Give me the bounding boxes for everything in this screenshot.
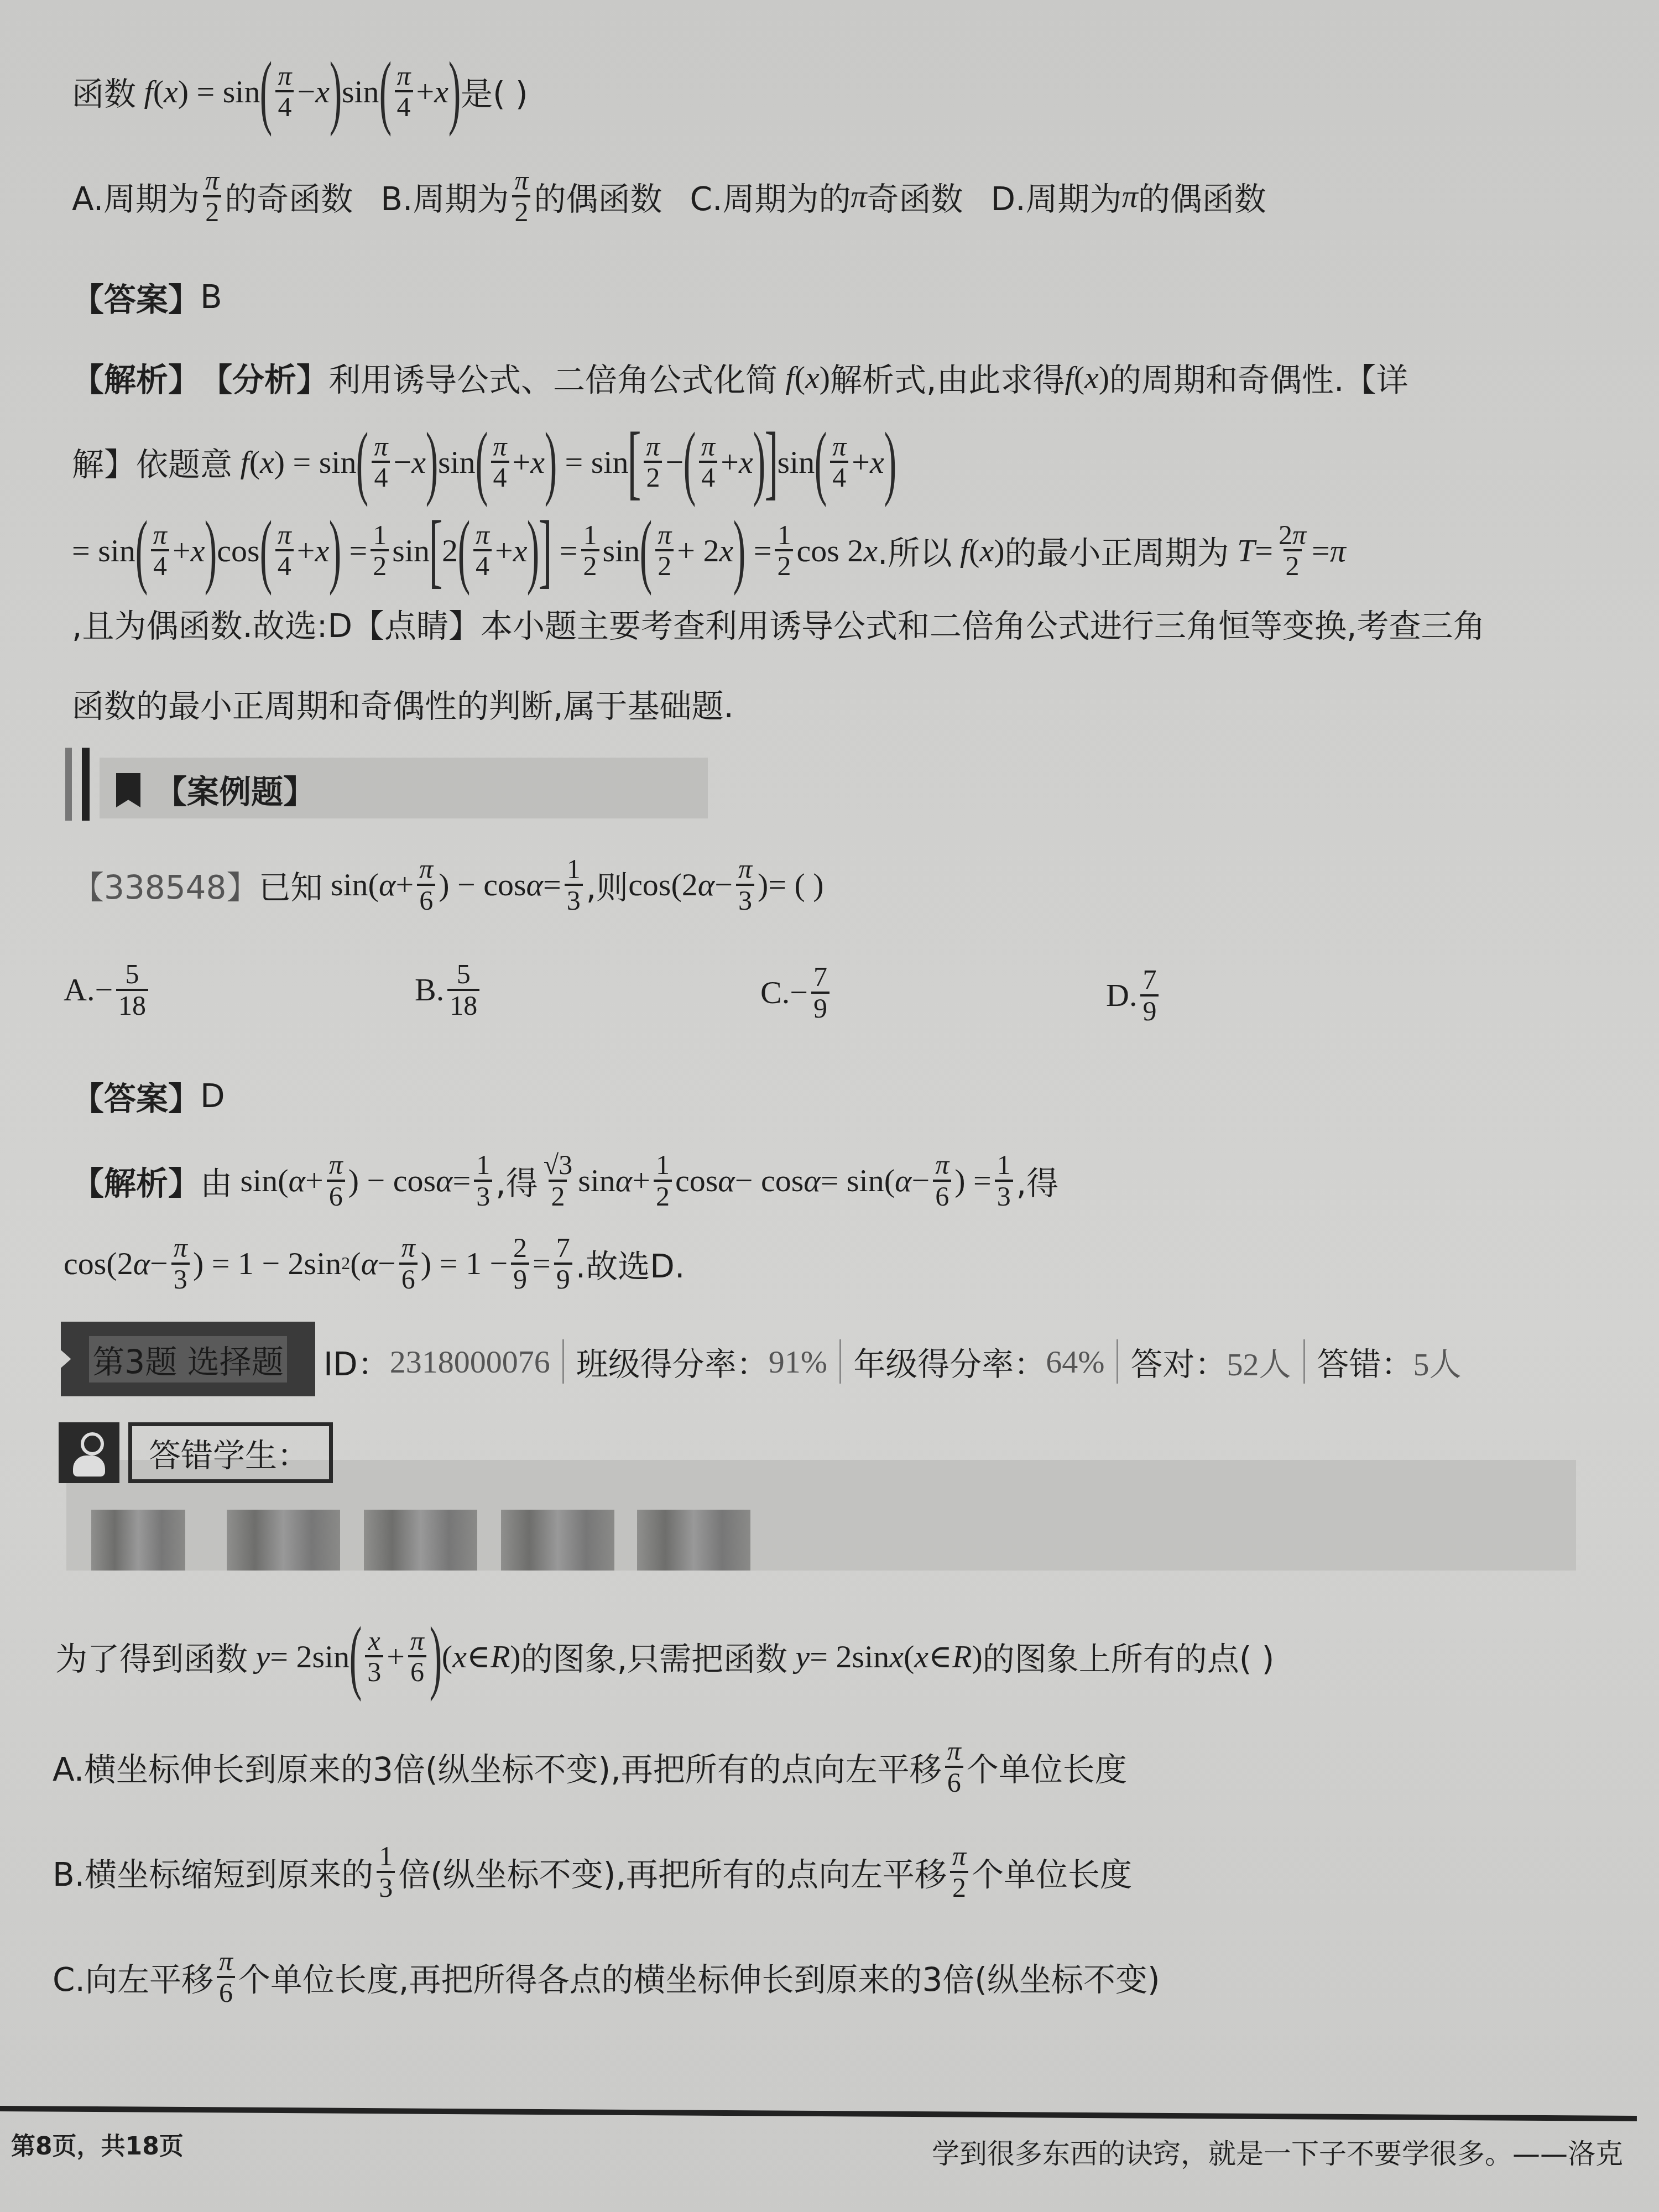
q1-option-d[interactable]: D.周期为 π 的偶函数 (991, 173, 1266, 220)
page-number: 第8页，共18页 (11, 2126, 184, 2162)
user-icon (59, 1422, 119, 1483)
q1-analysis-line4: ,且为偶函数.故选:D【点睛】本小题主要考查利用诱导公式和二倍角公式进行三角恒等… (72, 600, 1485, 646)
grade-rate: 64% (1046, 1343, 1104, 1380)
q2-id: 【338548】 (72, 862, 258, 908)
redacted-name (501, 1510, 614, 1571)
q2-option-b[interactable]: B. 518 (415, 959, 483, 1020)
q3-option-c[interactable]: C.向左平移 π6 个单位长度,再把所得各点的横坐标伸长到原来的3倍(纵坐标不变… (53, 1947, 1160, 2007)
redacted-name (637, 1510, 750, 1571)
q1-answer: 【答案】 B (72, 274, 222, 320)
q2-analysis-line1: 【解析】 由 sin(α +π6) − cosα =13 ,得 √32sinα … (72, 1150, 1058, 1211)
q1-analysis-line1: 【解析】 【分析】 利用诱导公式、二倍角公式化简 f(x) 解析式,由此求得 f… (72, 354, 1408, 400)
q1-option-a[interactable]: A.周期为 π2 的奇函数 (72, 166, 353, 226)
wrong-count: 5人 (1413, 1338, 1462, 1385)
footer-rule (0, 2106, 1637, 2121)
q1-stem: 函数 f(x) = sin(π4− x)sin(π4+ x) 是( ) (72, 50, 528, 133)
q1-option-b[interactable]: B.周期为 π2 的偶函数 (380, 166, 662, 226)
q3-stem: 为了得到函数 y = 2sin(x3+π6)(x ∈ R) 的图象,只需把函数 … (55, 1615, 1274, 1698)
question-stats: ID： 2318000076 班级得分率： 91% 年级得分率： 64% 答对：… (324, 1338, 1462, 1385)
q1-options: A.周期为 π2 的奇函数 B.周期为 π2 的偶函数 C.周期为的 π 奇函数… (72, 166, 1266, 226)
divider (1303, 1339, 1305, 1384)
q1-analysis-line3: = sin(π4+ x)cos(π4+ x) =12sin[2(π4+ x)] … (72, 509, 1346, 592)
q1-analysis-line2: 解】依题意 f(x) = sin(π4− x)sin(π4+ x) = sin[… (72, 420, 896, 503)
q2-stem: 【338548】 已知 sin(α +π6) − cosα =13 ,则 cos… (72, 854, 824, 915)
class-rate: 91% (769, 1343, 827, 1380)
section-bar-light (65, 748, 72, 821)
redacted-name (364, 1510, 477, 1571)
q2-analysis-line2: cos(2α −π3) = 1 − 2sin2(α −π6) = 1 −29=7… (64, 1233, 685, 1293)
q2-answer: 【答案】 D (72, 1073, 225, 1119)
q3-option-a[interactable]: A.横坐标伸长到原来的3倍(纵坐标不变),再把所有的点向左平移 π6 个单位长度 (53, 1736, 1127, 1797)
correct-count: 52人 (1227, 1338, 1291, 1385)
q3-option-b[interactable]: B.横坐标缩短到原来的 13 倍(纵坐标不变),再把所有的点向左平移 π2 个单… (53, 1841, 1132, 1902)
divider (839, 1339, 841, 1384)
section-title: 【案例题】 (155, 766, 315, 812)
redacted-name (91, 1510, 185, 1571)
q2-option-d[interactable]: D. 79 (1106, 965, 1162, 1025)
q2-option-c[interactable]: C.− 79 (760, 962, 833, 1022)
wrong-students-label: 答错学生： (128, 1422, 333, 1483)
divider (1117, 1339, 1118, 1384)
question-tag: 第3题 选择题 (61, 1322, 315, 1396)
q2-option-a[interactable]: A.− 518 (64, 959, 152, 1020)
q1-analysis-line5: 函数的最小正周期和奇偶性的判断,属于基础题. (72, 680, 734, 727)
q1-answer-value: B (200, 278, 222, 316)
redacted-name (227, 1510, 340, 1571)
worksheet-page: 函数 f(x) = sin(π4− x)sin(π4+ x) 是( ) A.周期… (0, 0, 1659, 2212)
section-bar-dark (82, 748, 90, 821)
footer-quote: 学到很多东西的诀窍，就是一下子不要学很多。——洛克 (932, 2132, 1623, 2172)
question-id: 2318000076 (390, 1343, 550, 1380)
q1-stem-suffix: 是( ) (461, 68, 528, 114)
divider (562, 1339, 564, 1384)
q1-stem-prefix: 函数 (72, 68, 136, 114)
q1-option-c[interactable]: C.周期为的 π 奇函数 (690, 173, 963, 220)
q2-answer-value: D (200, 1077, 225, 1115)
